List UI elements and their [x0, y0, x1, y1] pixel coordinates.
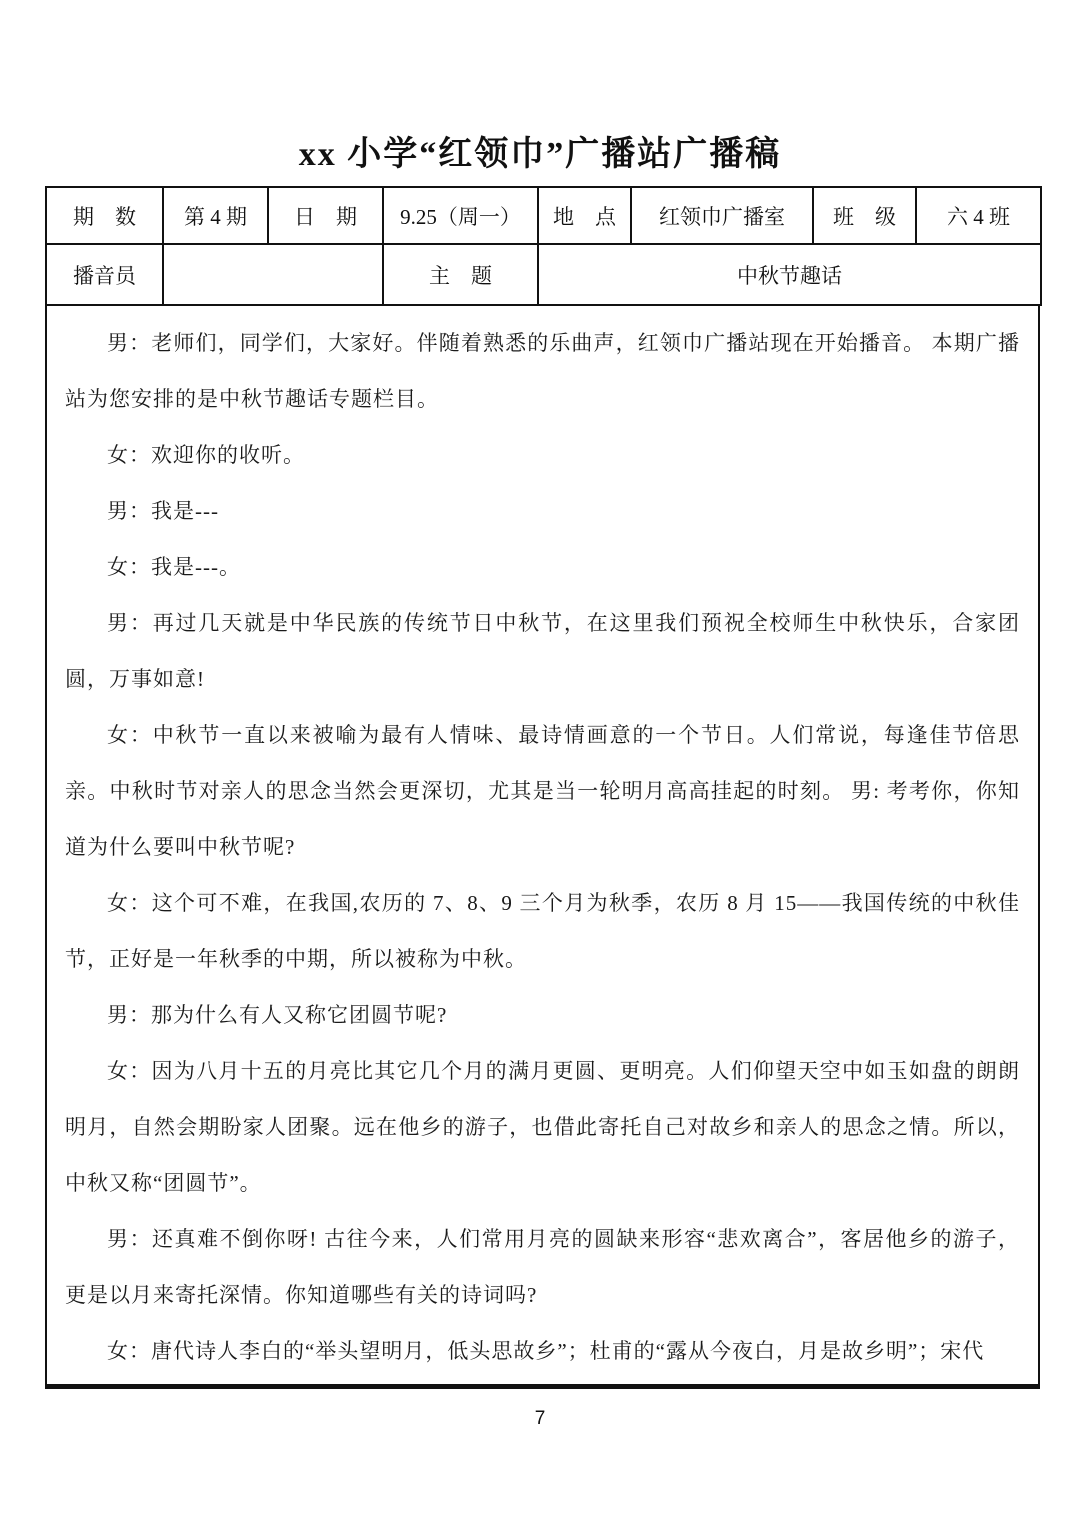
script-paragraph: 女：唐代诗人李白的“举头望明月，低头思故乡”；杜甫的“露从今夜白，月是故乡明”；… — [65, 1323, 1020, 1379]
page-number: 7 — [0, 1408, 1080, 1430]
header-row-2: 播音员 主 题 中秋节趣话 — [46, 244, 1041, 305]
date-value: 9.25（周一） — [383, 187, 538, 244]
location-label: 地 点 — [538, 187, 631, 244]
script-paragraph: 女：欢迎你的收听。 — [65, 427, 1020, 483]
script-paragraph: 男：老师们，同学们，大家好。伴随着熟悉的乐曲声，红领巾广播站现在开始播音。 本期… — [65, 315, 1020, 427]
script-paragraph: 女：因为八月十五的月亮比其它几个月的满月更圆、更明亮。人们仰望天空中如玉如盘的朗… — [65, 1043, 1020, 1211]
announcer-label: 播音员 — [46, 244, 163, 305]
script-paragraph: 女：我是---。 — [65, 539, 1020, 595]
script-paragraph: 男：我是--- — [65, 483, 1020, 539]
document-page: xx 小学“红领巾”广播站广播稿 期 数 第 4 期 日 期 9.25（周一） — [0, 0, 1080, 1527]
script-paragraph: 女：中秋节一直以来被喻为最有人情味、最诗情画意的一个节日。人们常说，每逢佳节倍思… — [65, 707, 1020, 875]
date-label: 日 期 — [268, 187, 383, 244]
script-paragraph: 男：再过几天就是中华民族的传统节日中秋节，在这里我们预祝全校师生中秋快乐，合家团… — [65, 595, 1020, 707]
class-label: 班 级 — [813, 187, 916, 244]
class-value: 六 4 班 — [916, 187, 1041, 244]
issue-label: 期 数 — [46, 187, 163, 244]
announcer-value — [163, 244, 383, 305]
header-table: 期 数 第 4 期 日 期 9.25（周一） 地 点 红领巾广播室 班 级 六 … — [45, 186, 1042, 306]
topic-value: 中秋节趣话 — [538, 244, 1041, 305]
page-title: xx 小学“红领巾”广播站广播稿 — [0, 126, 1080, 175]
header-row-1: 期 数 第 4 期 日 期 9.25（周一） 地 点 红领巾广播室 班 级 六 … — [46, 187, 1041, 244]
script-paragraph: 男：还真难不倒你呀! 古往今来，人们常用月亮的圆缺来形容“悲欢离合”，客居他乡的… — [65, 1211, 1020, 1323]
document-block: 期 数 第 4 期 日 期 9.25（周一） 地 点 红领巾广播室 班 级 六 … — [45, 186, 1040, 1389]
script-body: 男：老师们，同学们，大家好。伴随着熟悉的乐曲声，红领巾广播站现在开始播音。 本期… — [45, 306, 1040, 1389]
issue-value: 第 4 期 — [163, 187, 268, 244]
script-paragraph: 男：那为什么有人又称它团圆节呢? — [65, 987, 1020, 1043]
script-paragraph: 女：这个可不难，在我国,农历的 7、8、9 三个月为秋季，农历 8 月 15——… — [65, 875, 1020, 987]
topic-label: 主 题 — [383, 244, 538, 305]
location-value: 红领巾广播室 — [631, 187, 813, 244]
